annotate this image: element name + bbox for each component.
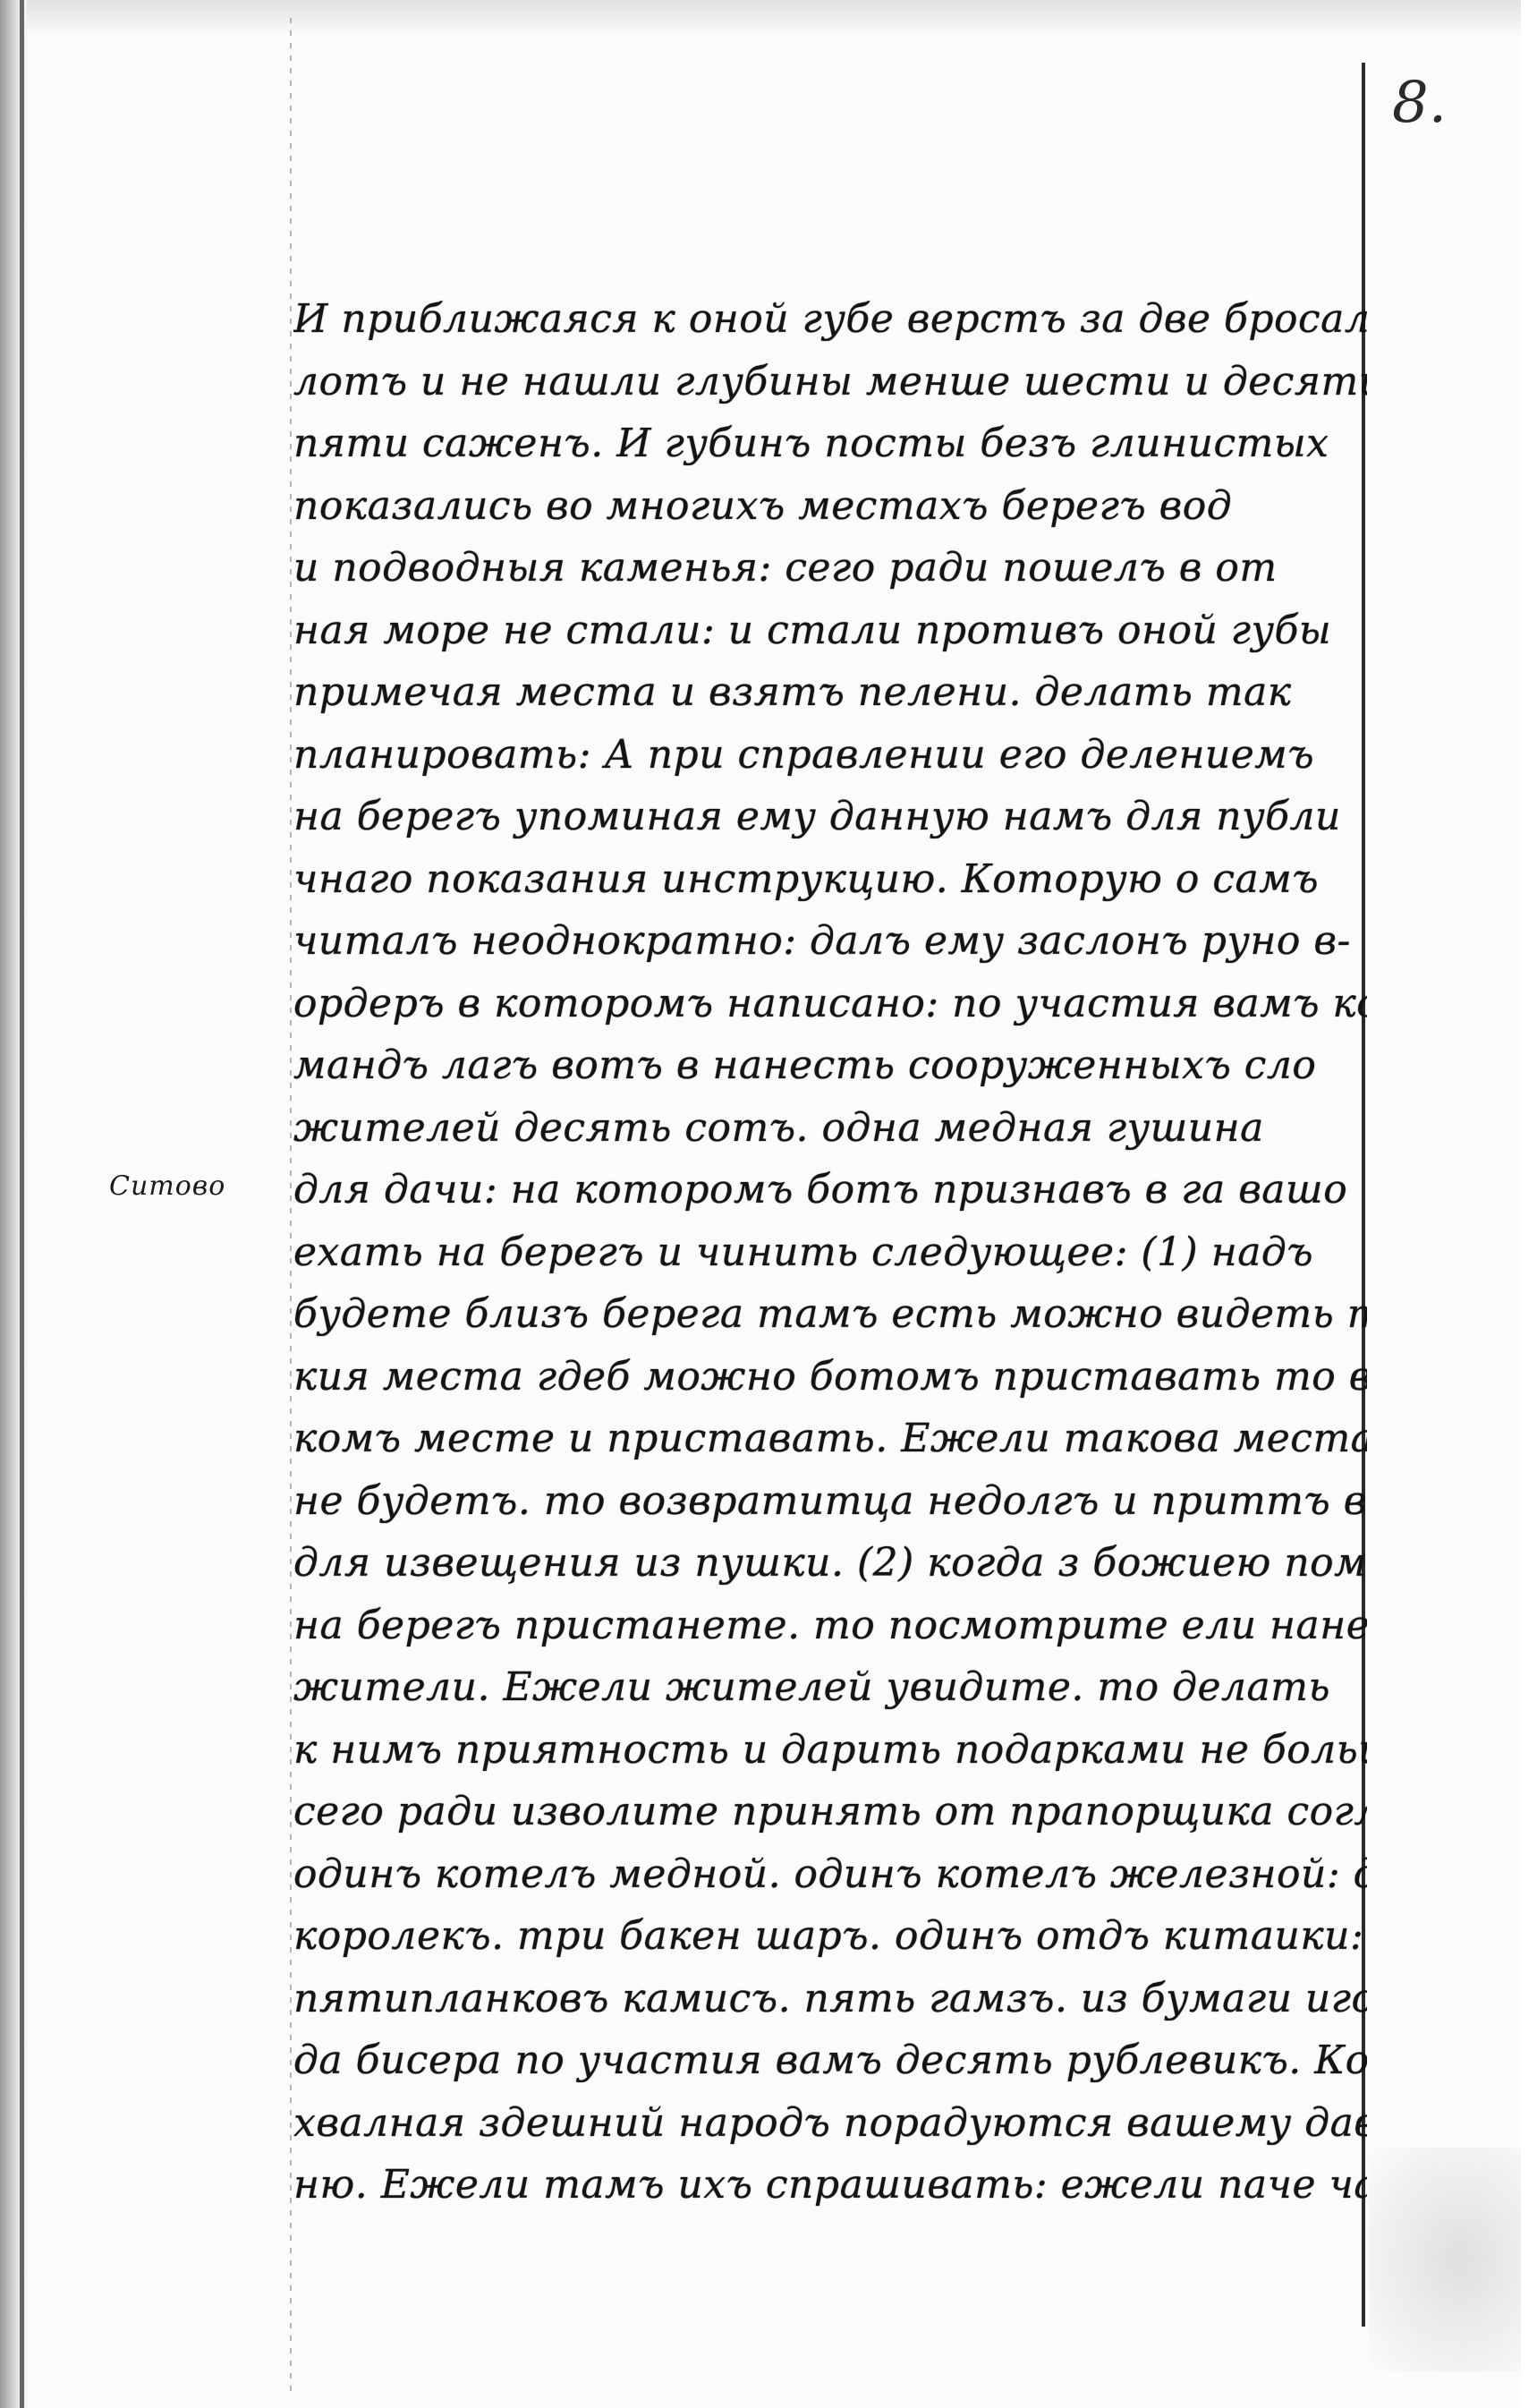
binding-line	[20, 0, 24, 2408]
manuscript-line: к нимъ приятность и дарить подарками не …	[293, 1719, 1367, 1782]
manuscript-line: жители. Ежели жителей увидите. то делать	[293, 1656, 1367, 1719]
manuscript-line: на берегъ пристанете. то посмотрите ели …	[293, 1595, 1367, 1657]
manuscript-line: хвалная здешний народъ порадуются вашему…	[293, 2092, 1367, 2155]
manuscript-line: для дачи: на которомъ ботъ признавъ в га…	[293, 1159, 1367, 1221]
manuscript-line: планировать: А при справлении его делени…	[293, 724, 1367, 787]
manuscript-line: ордеръ в которомъ написано: по участия в…	[293, 973, 1367, 1035]
manuscript-line: комъ месте и приставать. Ежели такова ме…	[293, 1408, 1367, 1470]
manuscript-line: одинъ котелъ медной. одинъ котелъ железн…	[293, 1843, 1367, 1906]
manuscript-line: да бисера по участия вамъ десять рублеви…	[293, 2029, 1367, 2092]
manuscript-line: чнаго показания инструкцию. Которую о са…	[293, 848, 1367, 911]
paper-stain	[1369, 2148, 1521, 2371]
manuscript-line: И приближаяся к оной губе верстъ за две …	[293, 288, 1367, 351]
manuscript-line: будете близъ берега тамъ есть можно виде…	[293, 1283, 1367, 1346]
manuscript-line: не будетъ. то возвратитца недолгъ и прит…	[293, 1470, 1367, 1533]
manuscript-line: примечая места и взятъ пелени. делать та…	[293, 661, 1367, 724]
manuscript-line: для извещения из пушки. (2) когда з божи…	[293, 1532, 1367, 1595]
scan-top-shadow	[0, 0, 1537, 36]
manuscript-line: на берегъ упоминая ему данную намъ для п…	[293, 786, 1367, 848]
manuscript-line: пяти саженъ. И губинъ посты безъ глинист…	[293, 413, 1367, 475]
manuscript-text-block: И приближаяся к оной губе верстъ за две …	[293, 288, 1367, 2217]
manuscript-line: ехать на берегъ и чинить следующее: (1) …	[293, 1221, 1367, 1284]
manuscript-line: жителей десять сотъ. одна медная гушина	[293, 1097, 1367, 1160]
page-number: 8.	[1392, 70, 1447, 136]
marginal-note: Ситово	[109, 1170, 225, 1202]
page-edge	[1521, 0, 1537, 2408]
manuscript-line: ная море не стали: и стали противъ оной …	[293, 600, 1367, 662]
manuscript-line: королекъ. три бакен шаръ. одинъ отдъ кит…	[293, 1905, 1367, 1968]
manuscript-line: сего ради изволите принять от прапорщика…	[293, 1781, 1367, 1843]
manuscript-line: читалъ неоднократно: далъ ему заслонъ ру…	[293, 910, 1367, 973]
manuscript-line: кия места гдеб можно ботомъ приставать т…	[293, 1346, 1367, 1408]
manuscript-line: пятипланковъ камисъ. пять гамзъ. из бума…	[293, 1968, 1367, 2030]
manuscript-line: лотъ и не нашли глубины менше шести и де…	[293, 351, 1367, 413]
manuscript-line: показались во многихъ местахъ берегъ вод	[293, 475, 1367, 538]
manuscript-line: мандъ лагъ вотъ в нанесть сооруженныхъ с…	[293, 1034, 1367, 1097]
manuscript-line: ню. Ежели тамъ ихъ спрашивать: ежели пач…	[293, 2154, 1367, 2217]
fold-line	[290, 18, 292, 2398]
manuscript-line: и подводныя каменья: сего ради пошелъ в …	[293, 537, 1367, 600]
